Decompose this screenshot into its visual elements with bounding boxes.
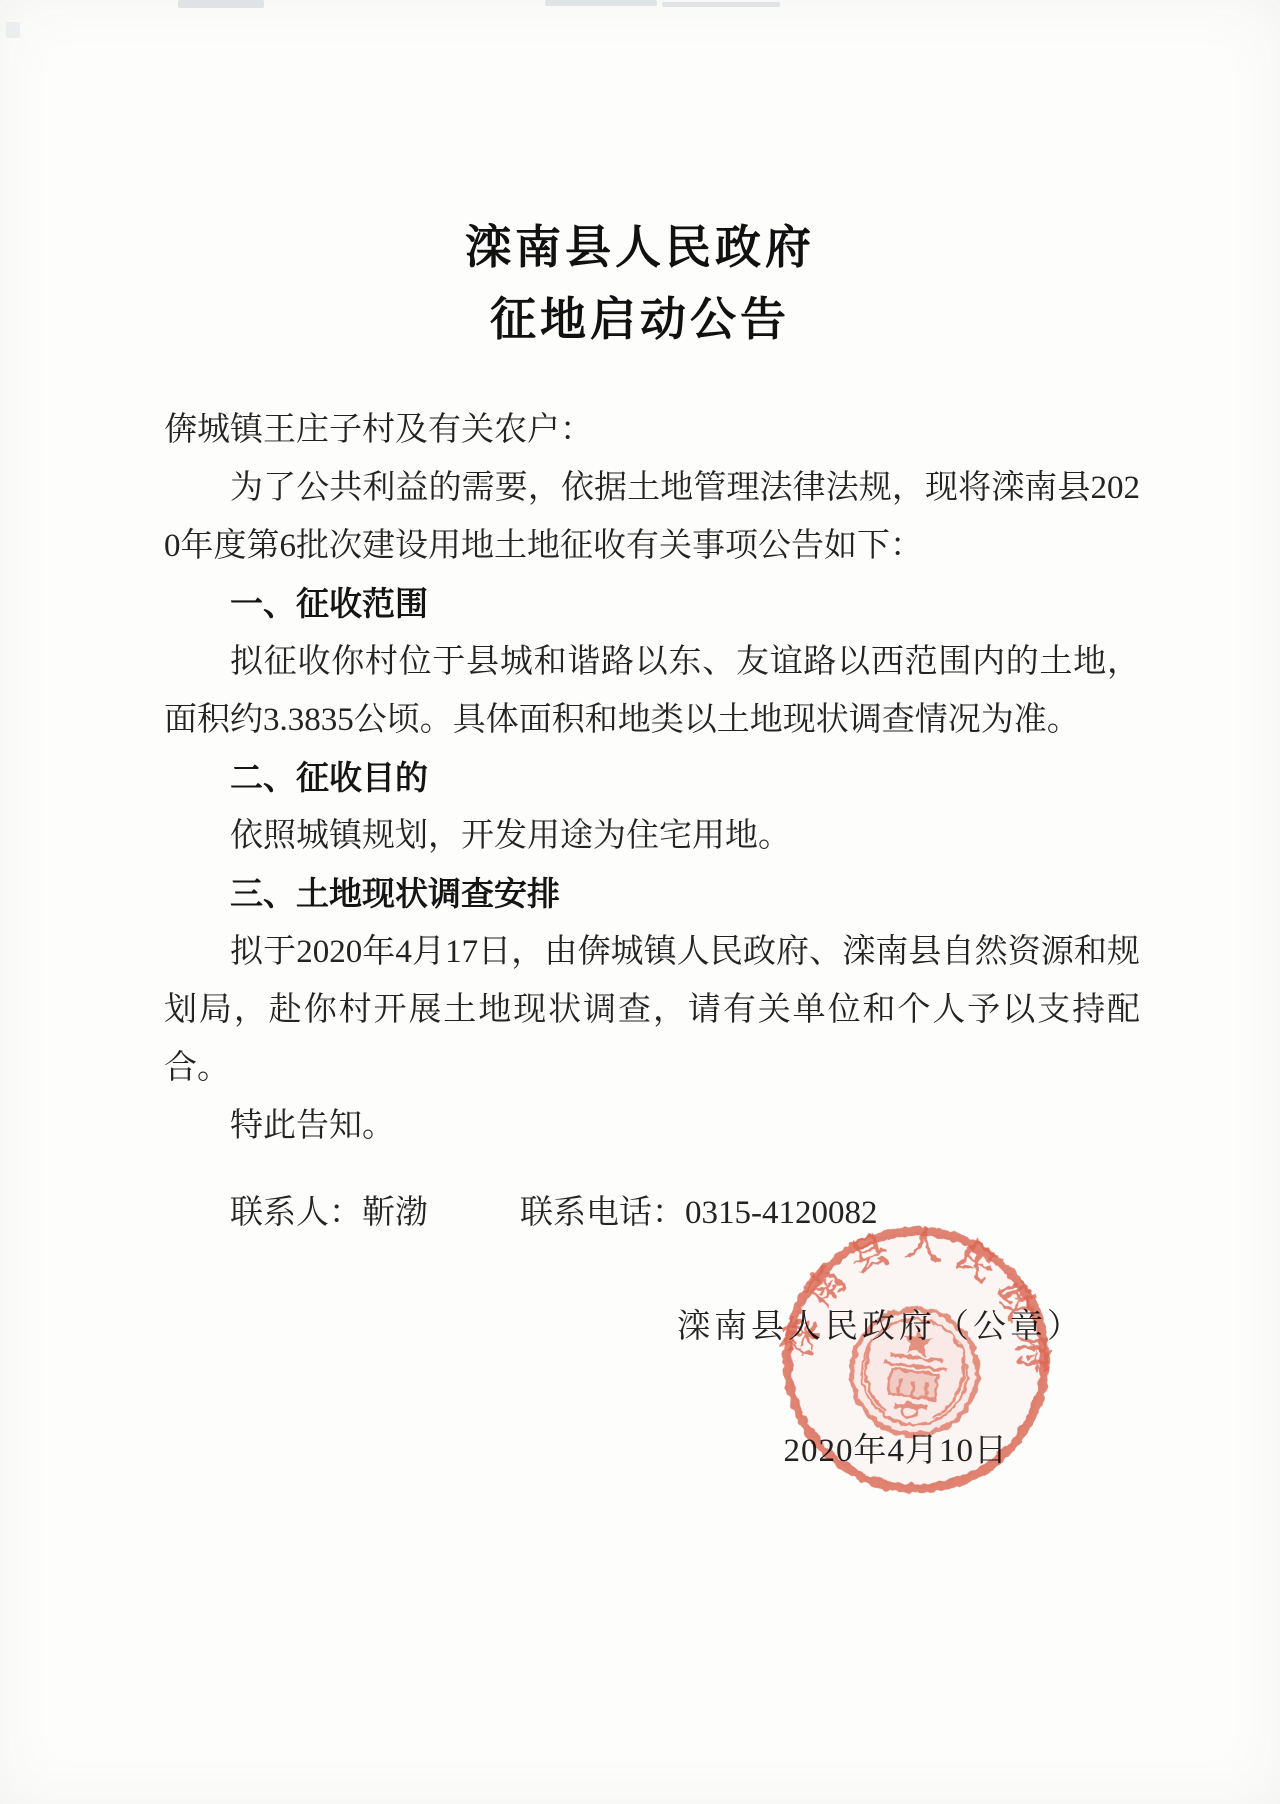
contact-phone-label: 联系电话： <box>520 1195 685 1231</box>
section-1-heading: 一、征收范围 <box>164 575 1140 633</box>
document-body: 倴城镇王庄子村及有关农户： 为了公共利益的需要，依据土地管理法律法规，现将滦南县… <box>164 401 1140 1242</box>
contact-phone-number: 0315-4120082 <box>685 1195 878 1231</box>
scan-artifact <box>178 0 264 8</box>
section-2-heading: 二、征收目的 <box>164 749 1140 807</box>
contact-person-label: 联系人： <box>230 1195 362 1231</box>
section-2-body: 依照城镇规划，开发用途为住宅用地。 <box>164 807 1140 865</box>
intro-paragraph: 为了公共利益的需要，依据土地管理法律法规，现将滦南县2020年度第6批次建设用地… <box>164 459 1140 575</box>
scan-artifact <box>545 0 657 6</box>
contact-line: 联系人：靳渤联系电话：0315-4120082 <box>164 1184 1140 1242</box>
scan-artifact <box>6 22 20 38</box>
section-1-body: 拟征收你村位于县城和谐路以东、友谊路以西范围内的土地，面积约3.3835公顷。具… <box>164 633 1140 749</box>
contact-person-name: 靳渤 <box>362 1195 428 1231</box>
issue-date: 2020年4月10日 <box>784 1424 1009 1471</box>
scanned-document-page: 滦南县人民政府 征地启动公告 倴城镇王庄子村及有关农户： 为了公共利益的需要，依… <box>0 0 1280 1804</box>
title-line-1: 滦南县人民政府 <box>0 212 1280 284</box>
issuer-signature: 滦南县人民政府（公章） <box>677 1300 1084 1347</box>
document-title: 滦南县人民政府 征地启动公告 <box>0 212 1280 356</box>
closing-line: 特此告知。 <box>164 1097 1140 1155</box>
section-3-body: 拟于2020年4月17日，由倴城镇人民政府、滦南县自然资源和规划局，赴你村开展土… <box>164 923 1140 1097</box>
scan-artifact <box>662 2 780 7</box>
title-line-2: 征地启动公告 <box>0 284 1280 356</box>
salutation: 倴城镇王庄子村及有关农户： <box>164 401 1140 459</box>
section-3-heading: 三、土地现状调查安排 <box>164 865 1140 923</box>
